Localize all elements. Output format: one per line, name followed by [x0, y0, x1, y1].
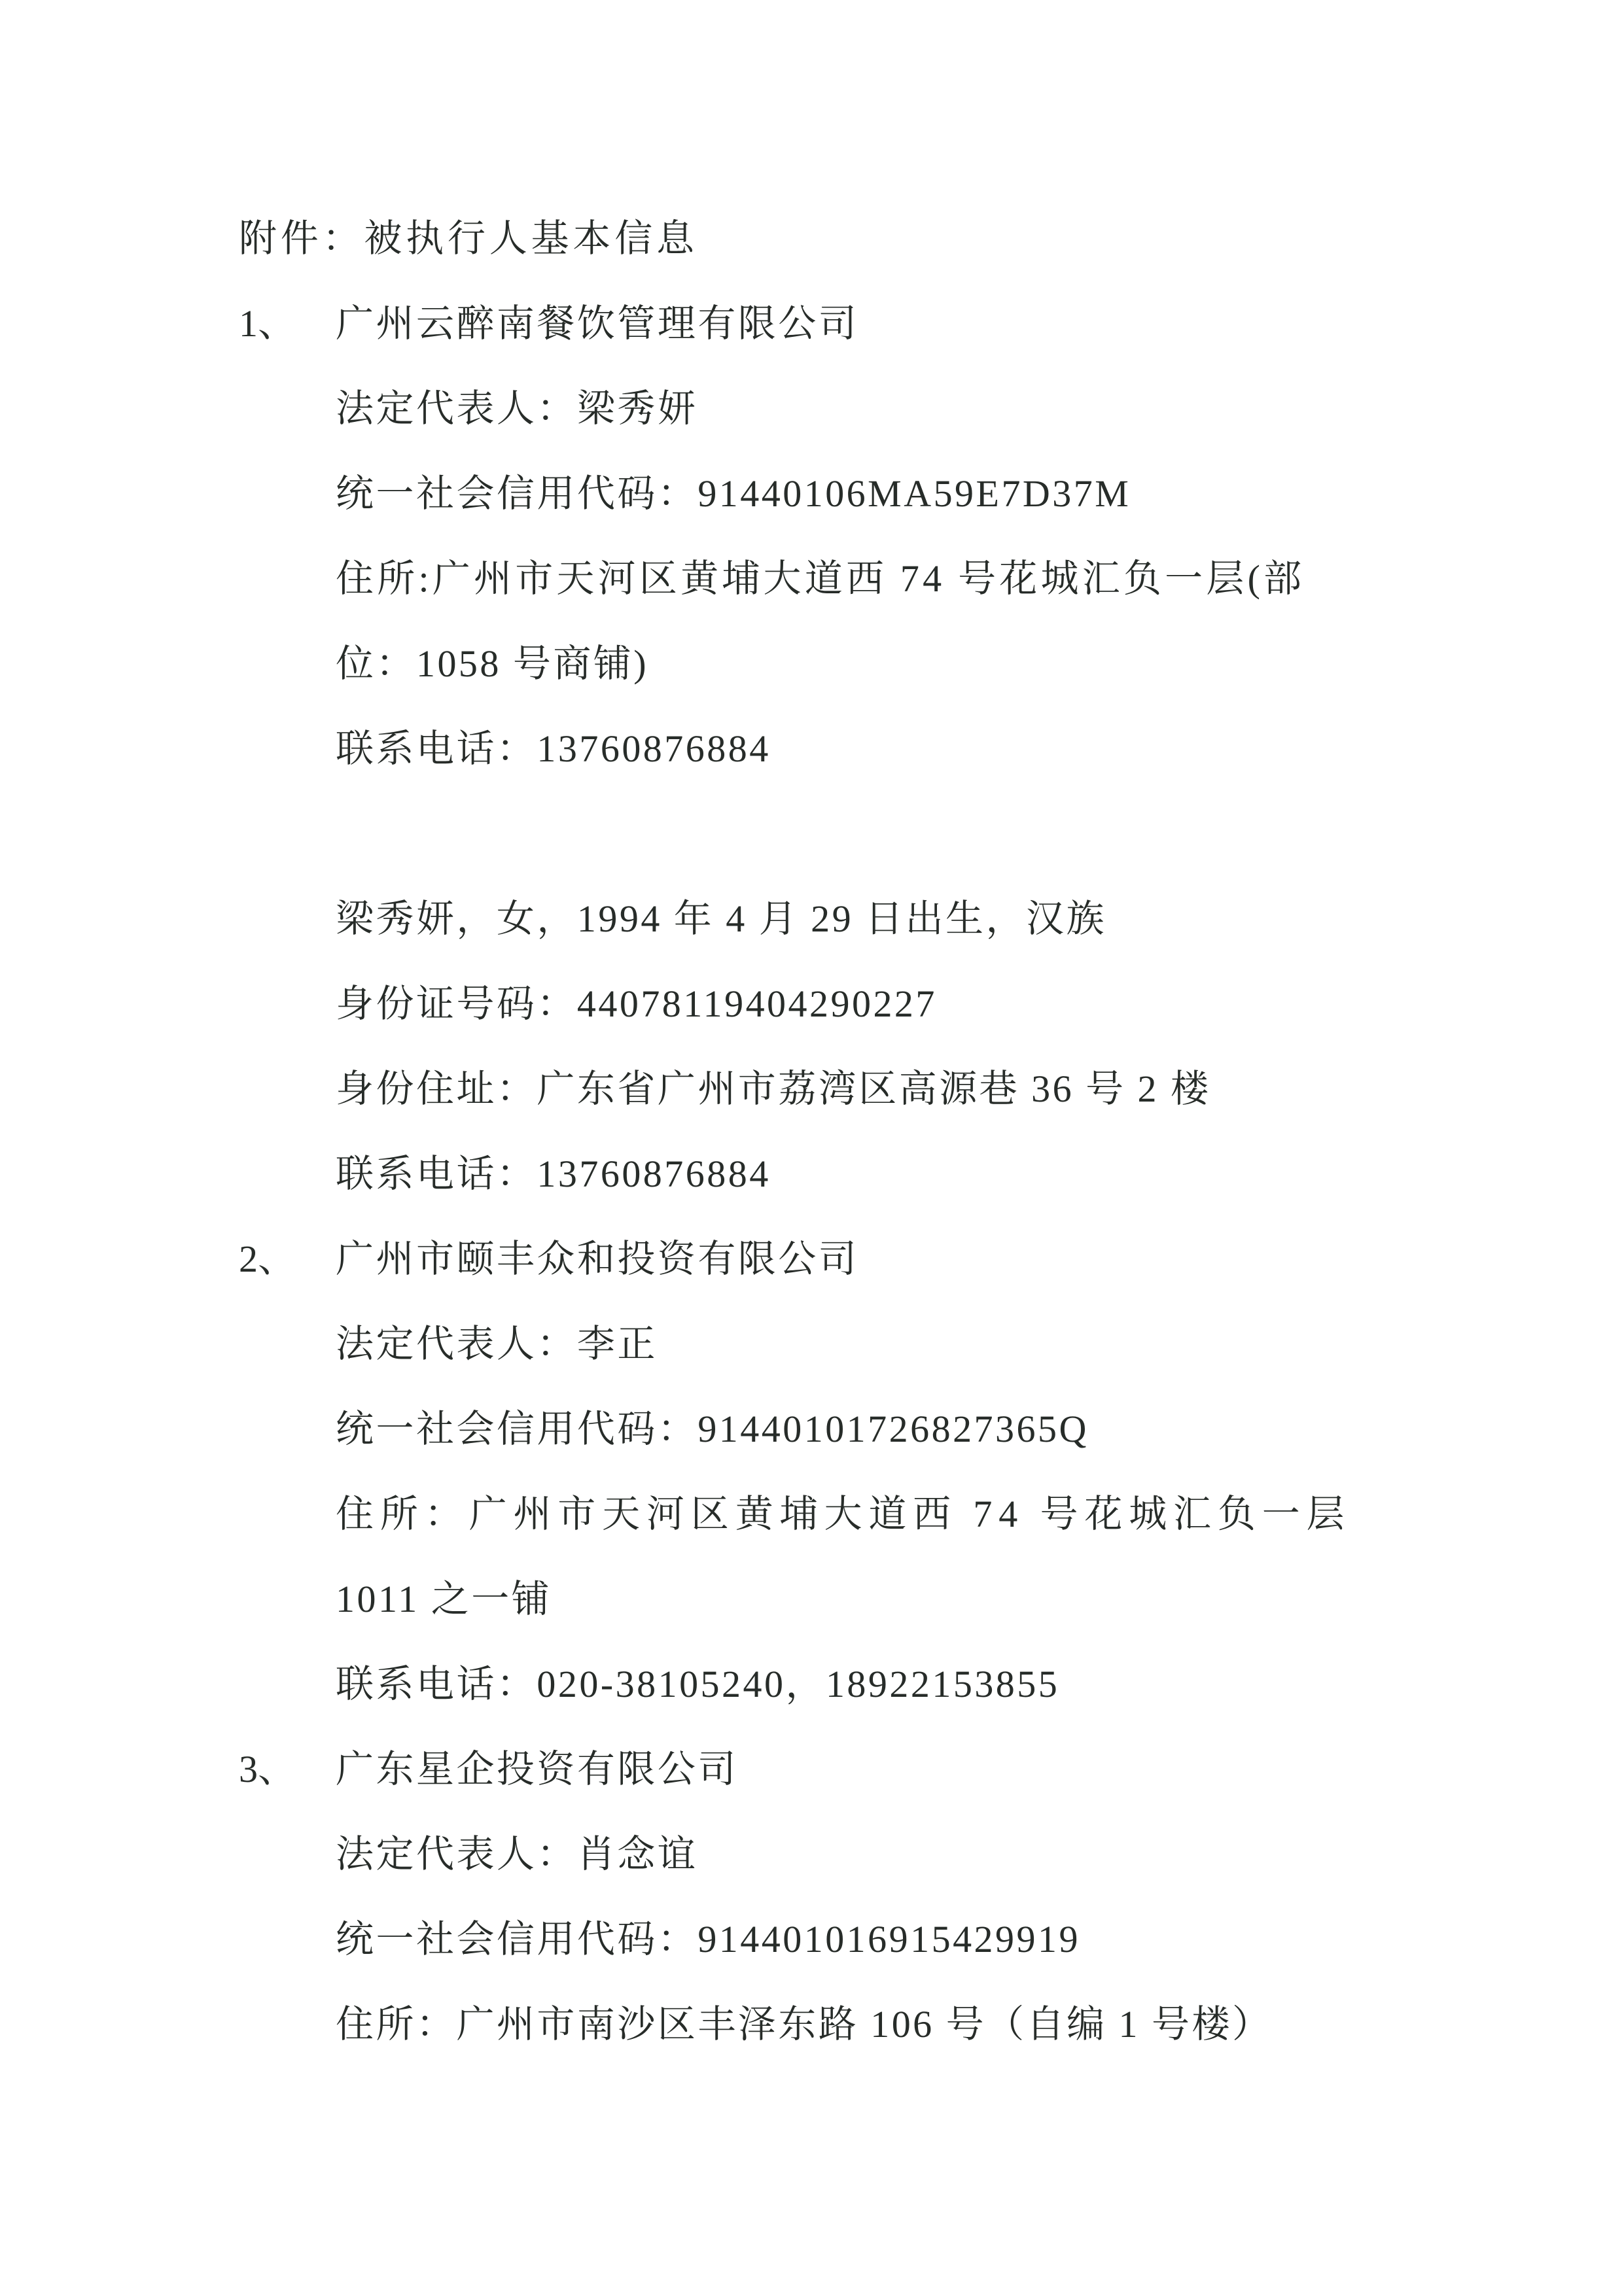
entry-3-company-name: 广东星企投资有限公司	[336, 1748, 738, 1790]
entry-3-credit-code: 统一社会信用代码：914401016915429919	[239, 1897, 1436, 1982]
entry-1-company-name: 广州云醉南餐饮管理有限公司	[336, 302, 858, 345]
entry-1-person-id-address: 身份住址：广东省广州市荔湾区高源巷 36 号 2 楼	[239, 1047, 1436, 1132]
entry-2-company-name: 广州市颐丰众和投资有限公司	[336, 1238, 858, 1280]
entry-3-number: 3、	[239, 1727, 336, 1812]
scanned-document-page: 附件：被执行人基本信息 1、广州云醉南餐饮管理有限公司 法定代表人：梁秀妍 统一…	[0, 0, 1624, 2296]
entry-2-credit-code: 统一社会信用代码：91440101726827365Q	[239, 1387, 1436, 1472]
entry-2-header: 2、广州市颐丰众和投资有限公司	[239, 1217, 1436, 1302]
entry-2-address-line-1: 住所：广州市天河区黄埔大道西 74 号花城汇负一层	[239, 1472, 1436, 1557]
entry-1-legal-rep: 法定代表人：梁秀妍	[239, 366, 1436, 451]
entry-2-number: 2、	[239, 1217, 336, 1302]
entry-1-number: 1、	[239, 281, 336, 366]
entry-2-address-line-2: 1011 之一铺	[239, 1557, 1436, 1642]
entry-1-address-line-2: 位：1058 号商铺)	[239, 621, 1436, 706]
entry-1-person-phone: 联系电话：13760876884	[239, 1132, 1436, 1217]
entry-3-address-line-1: 住所：广州市南沙区丰泽东路 106 号（自编 1 号楼）	[239, 1982, 1436, 2067]
entry-1-phone: 联系电话：13760876884	[239, 706, 1436, 791]
entry-1-person-bio: 梁秀妍，女，1994 年 4 月 29 日出生，汉族	[239, 877, 1436, 962]
entry-1-credit-code: 统一社会信用代码：91440106MA59E7D37M	[239, 451, 1436, 536]
attachment-title: 附件：被执行人基本信息	[239, 196, 1436, 281]
entry-1-person-id-number: 身份证号码：44078119404290227	[239, 962, 1436, 1047]
entry-2-phone: 联系电话：020-38105240，18922153855	[239, 1642, 1436, 1727]
entry-3-legal-rep: 法定代表人：肖念谊	[239, 1812, 1436, 1897]
paragraph-gap	[239, 791, 1436, 877]
document-body: 附件：被执行人基本信息 1、广州云醉南餐饮管理有限公司 法定代表人：梁秀妍 统一…	[239, 196, 1436, 2067]
entry-1-header: 1、广州云醉南餐饮管理有限公司	[239, 281, 1436, 366]
entry-2-legal-rep: 法定代表人：李正	[239, 1302, 1436, 1387]
entry-3-header: 3、广东星企投资有限公司	[239, 1727, 1436, 1812]
entry-1-address-line-1: 住所:广州市天河区黄埔大道西 74 号花城汇负一层(部	[239, 536, 1436, 621]
